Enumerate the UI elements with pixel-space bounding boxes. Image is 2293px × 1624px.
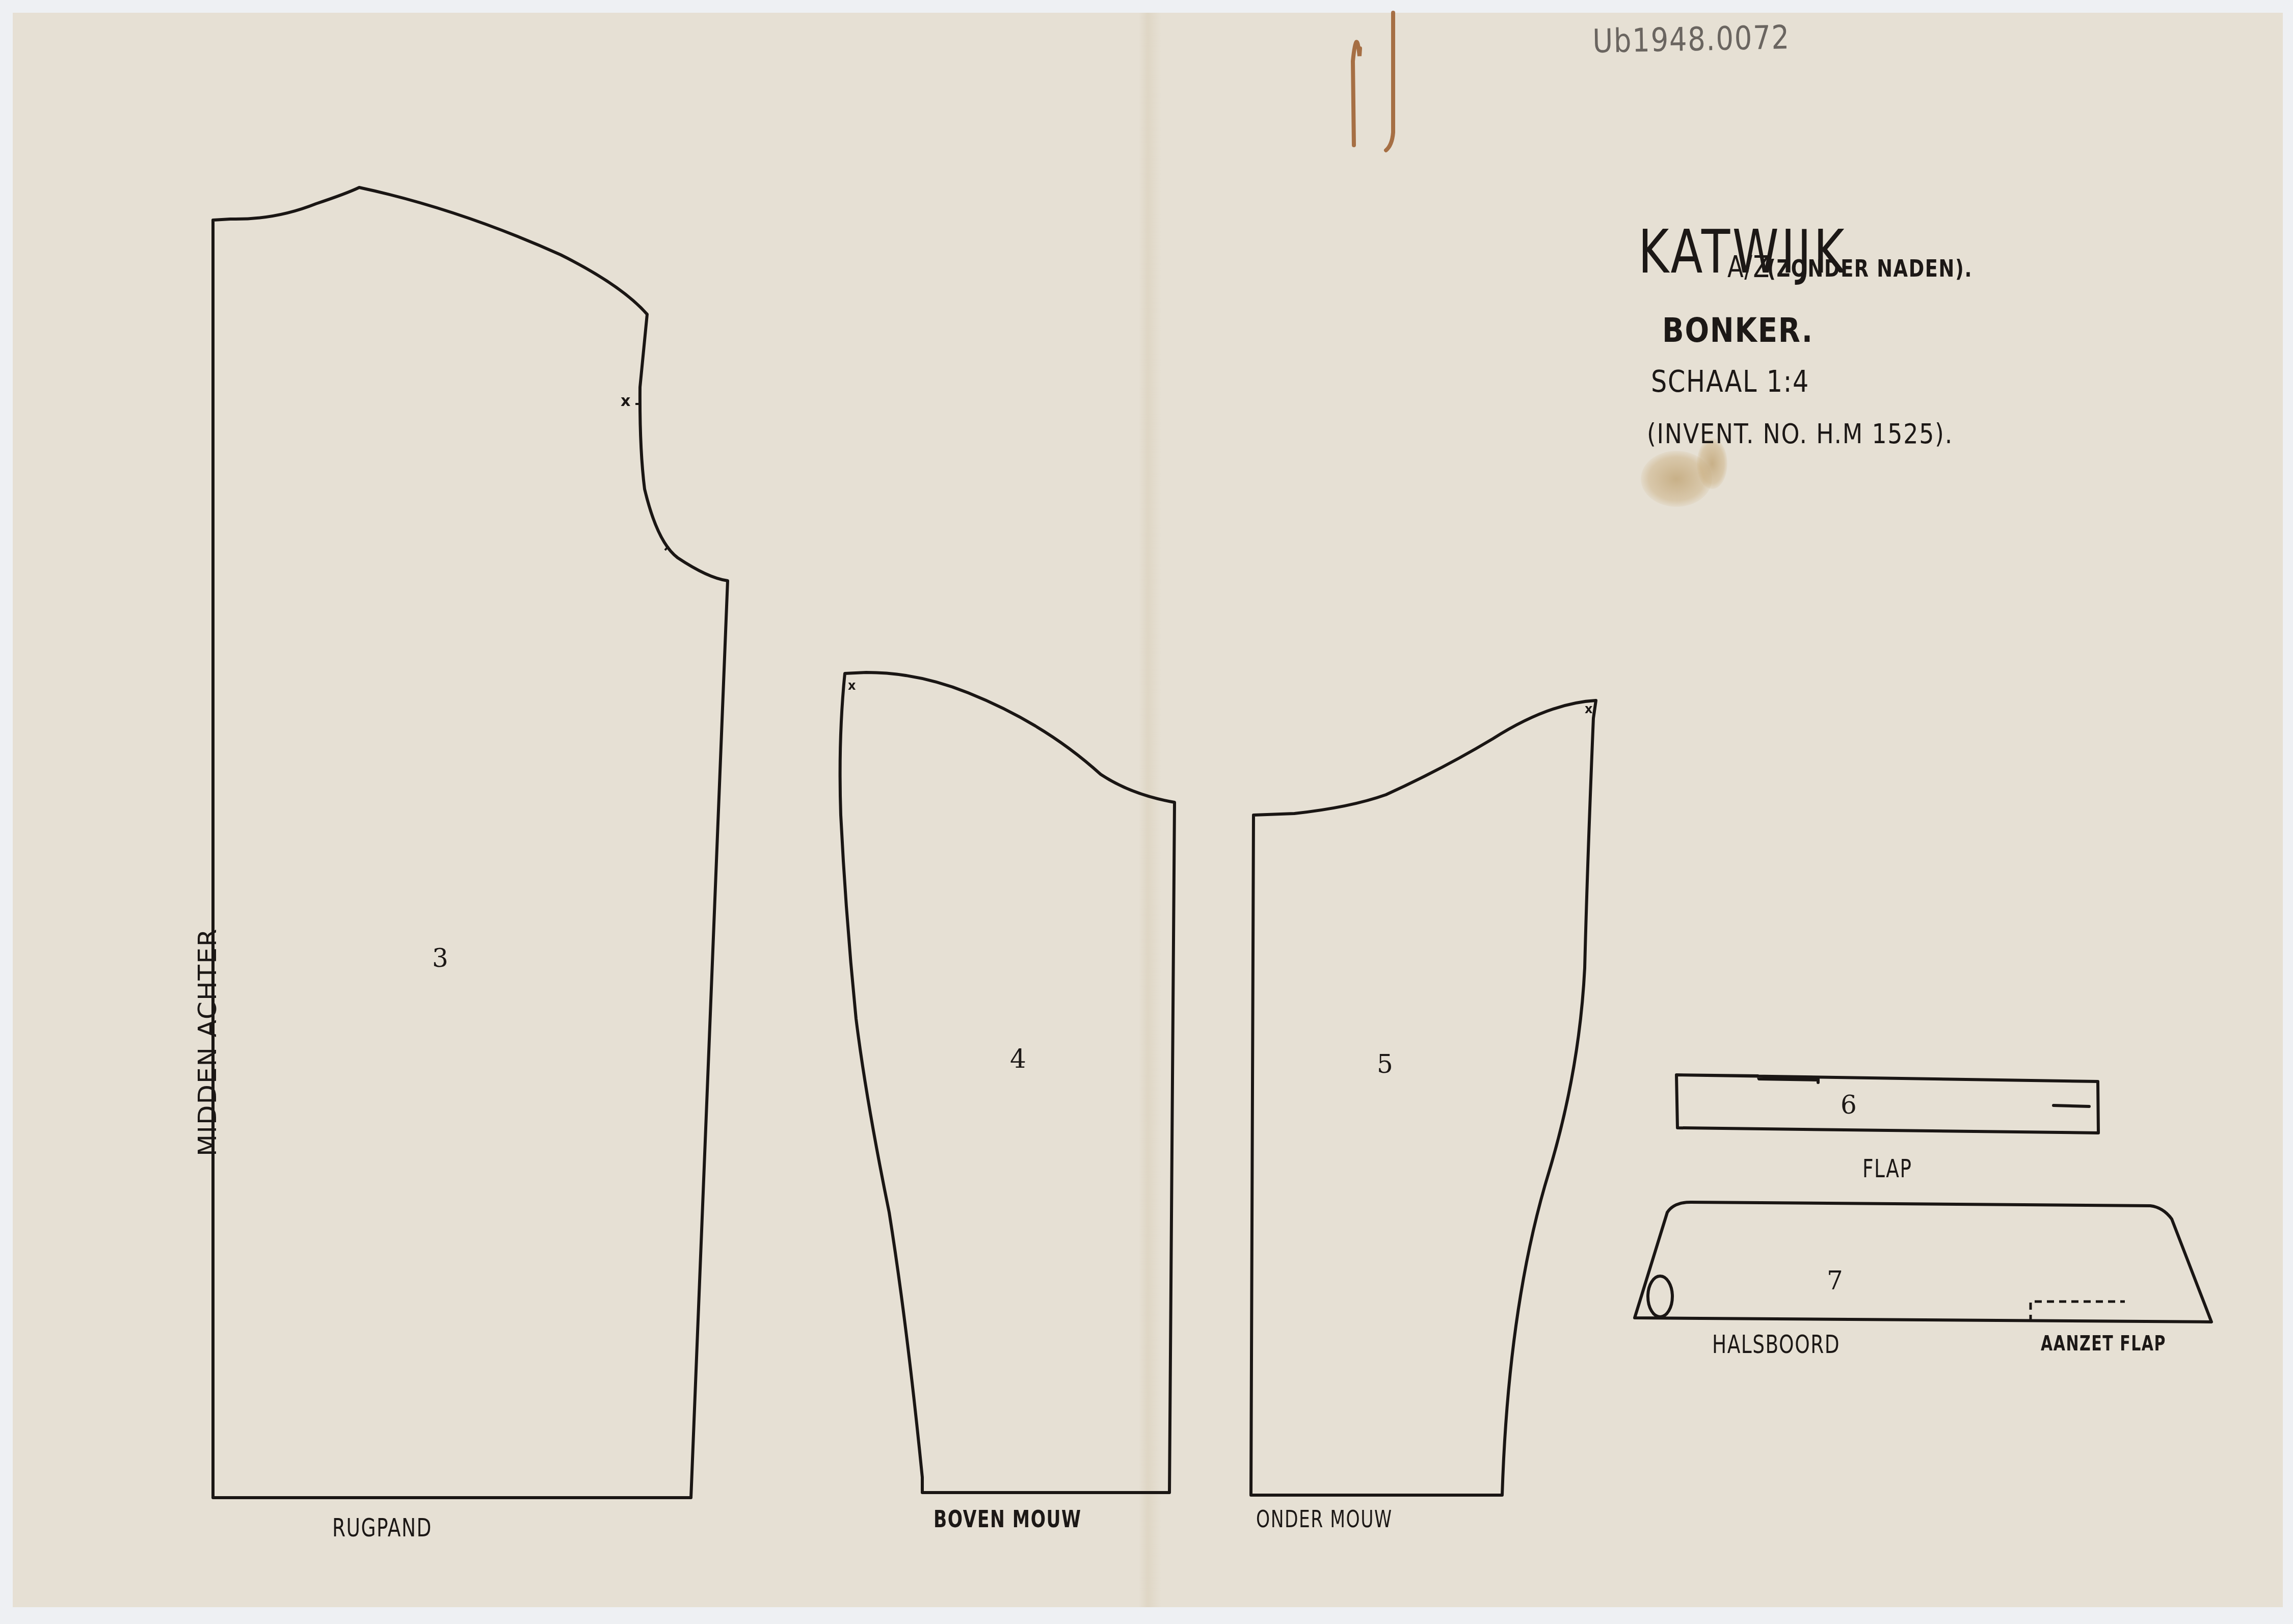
piece-number-5: 5: [1377, 1049, 1394, 1079]
title-place-suffix: A/Z: [1727, 250, 1770, 284]
flap-fold-mark: [2054, 1105, 2089, 1106]
piece-label-halsboord: HALSBOORD: [1712, 1330, 1840, 1359]
piece-label-rugpand: RUGPAND: [332, 1513, 432, 1542]
piece-label-onder-mouw: ONDER MOUW: [1256, 1505, 1393, 1533]
rust-fold-mark: [1353, 13, 1393, 150]
piece-number-4: 4: [1010, 1044, 1027, 1074]
pattern-drawing: [0, 0, 2293, 1624]
piece-number-7: 7: [1827, 1266, 1844, 1295]
piece-label-boven-mouw: BOVEN MOUW: [934, 1505, 1082, 1533]
match-mark-onder-mouw: x: [1585, 702, 1593, 716]
piece-label-aanzet-flap: AANZET FLAP: [2041, 1332, 2166, 1356]
piece-label-flap: FLAP: [1862, 1154, 1912, 1183]
match-mark-rugpand: x: [621, 392, 631, 410]
piece-number-3: 3: [432, 943, 449, 973]
side-label-midden-achter: MIDDEN ACHTER: [193, 928, 222, 1157]
scanned-document: Ub1948.0072 KATWIJK A/Z (ZONDER NADEN). …: [0, 0, 2293, 1624]
piece-4-boven-mouw-outline: [840, 672, 1175, 1493]
piece-6-flap-outline: [1676, 1075, 2098, 1133]
inventory-number: (INVENT. NO. H.M 1525).: [1647, 418, 1953, 450]
piece-7-halsboord-outline: [1635, 1202, 2211, 1322]
title-note: (ZONDER NADEN).: [1767, 255, 1972, 282]
piece-number-6: 6: [1841, 1090, 1858, 1120]
match-mark-boven-mouw: x: [848, 679, 857, 693]
pencil-accession-number: Ub1948.0072: [1592, 19, 1790, 61]
halsboord-circle-mark: [1648, 1276, 1672, 1317]
scale-label: SCHAAL 1:4: [1651, 364, 1809, 399]
piece-3-rugpand-outline: [213, 187, 728, 1498]
aanzet-flap-dashed-area: [2031, 1302, 2125, 1322]
piece-5-onder-mouw-outline: [1251, 700, 1596, 1495]
document-subtitle: BONKER.: [1662, 311, 1814, 350]
